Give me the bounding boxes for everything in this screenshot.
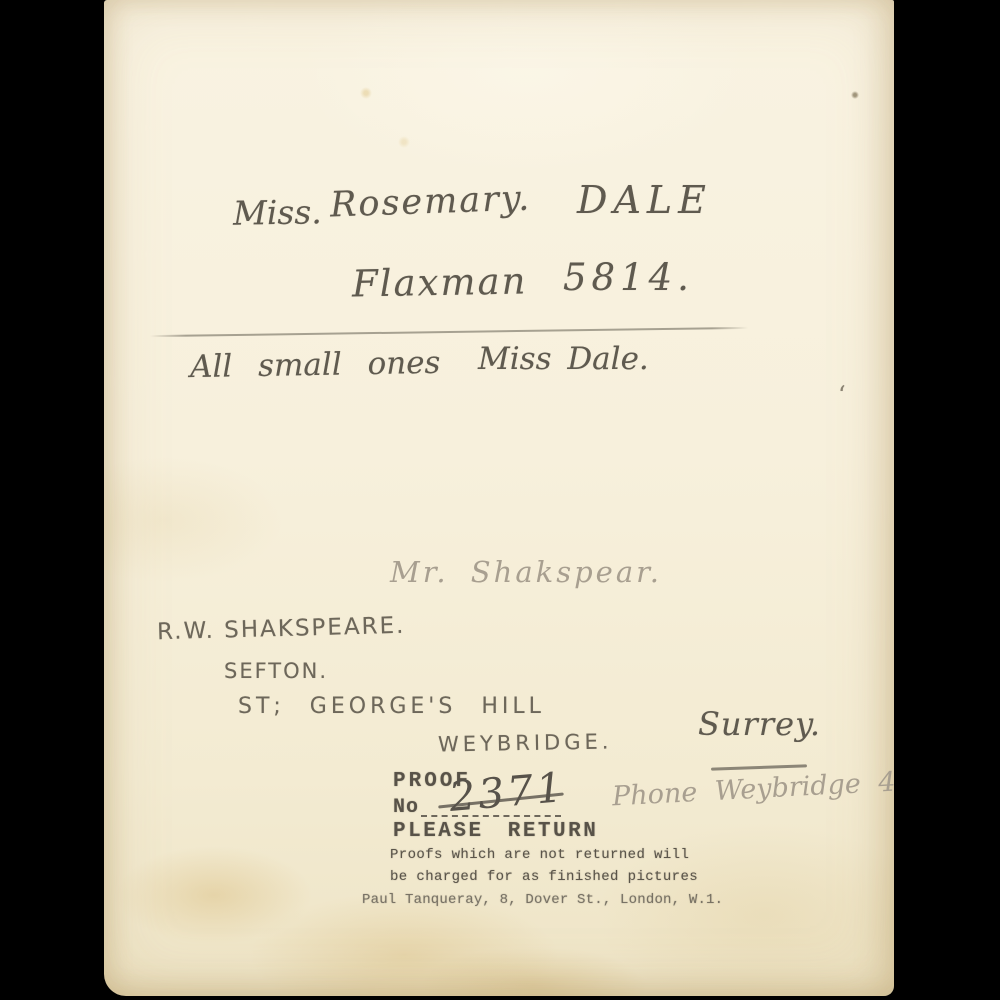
address-county: Surrey. [698, 705, 821, 743]
address-house: SEFTON. [224, 659, 328, 683]
pencil-tick-mark: ʻ [838, 381, 846, 409]
scan-background: Miss. Rosemary. DALE Flaxman 5814. All s… [0, 0, 1000, 1000]
order-note: All small ones [190, 345, 441, 385]
sitter-surname: DALE [577, 178, 712, 222]
sitter-first-name: Rosemary. [329, 179, 531, 226]
sitter-title: Miss. [233, 192, 322, 233]
handwritten-proof-number: 2371 [447, 763, 567, 821]
address-street: ST; GEORGE'S HILL [238, 694, 545, 719]
telephone-number: 5814. [563, 256, 694, 299]
telephone-exchange: Flaxman [352, 259, 528, 305]
faint-client-name: Mr. Shakspear. [390, 555, 662, 589]
please-return-label: PLEASE RETURN [393, 820, 598, 843]
notice-line-1: Proofs which are not returned will [390, 847, 689, 863]
notice-line-2: be charged for as finished pictures [390, 869, 698, 885]
order-note-client: Miss Dale. [478, 341, 649, 377]
address-town: WEYBRIDGE. [438, 729, 613, 756]
number-label: No [393, 796, 419, 819]
studio-address-line: Paul Tanqueray, 8, Dover St., London, W.… [362, 892, 723, 908]
